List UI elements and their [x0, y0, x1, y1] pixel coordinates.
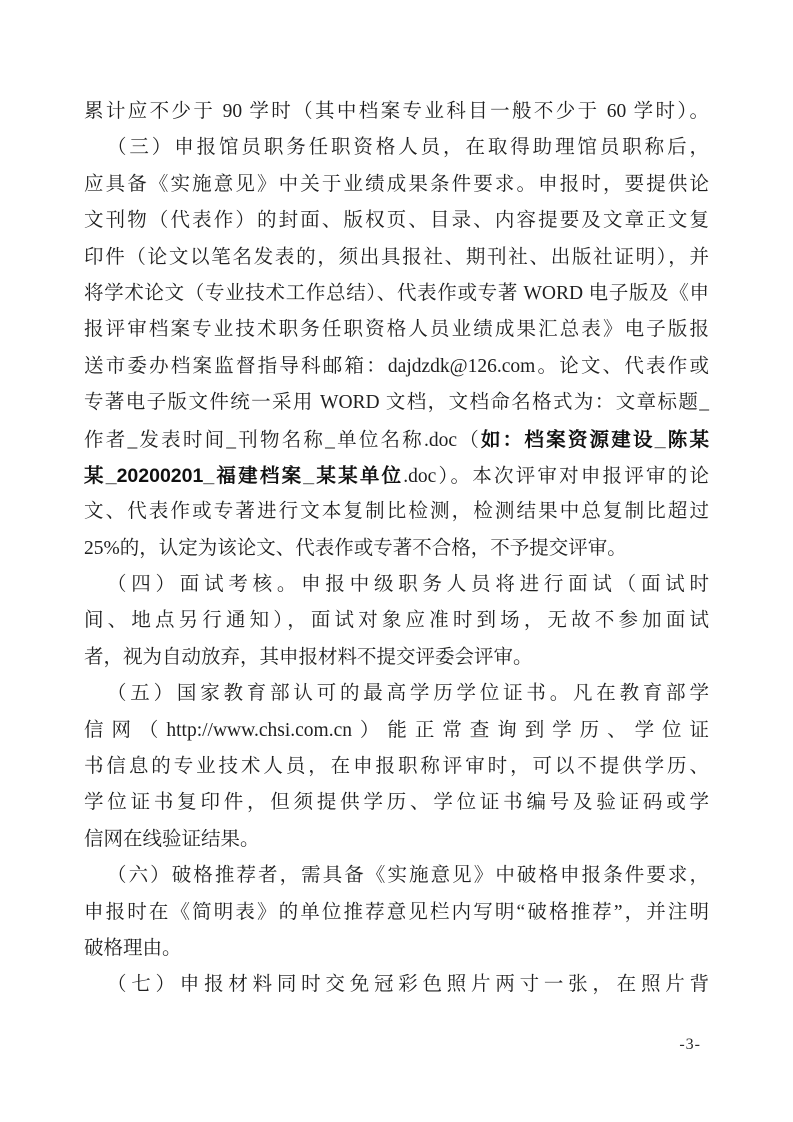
- text-line: 申报时在《简明表》的单位推荐意见栏内写明“破格推荐”，并注明: [84, 895, 709, 931]
- page-number: -3-: [679, 1036, 701, 1054]
- text-line: 学位证书复印件，但须提供学历、学位证书编号及验证码或学: [84, 785, 709, 821]
- text-line: 专著电子版文件统一采用 WORD 文档，文档命名格式为：文章标题_: [84, 385, 709, 421]
- text-line: 累计应不少于 90 学时（其中档案专业科目一般不少于 60 学时）。: [84, 94, 709, 130]
- text-line: 将学术论文（专业技术工作总结）、代表作或专著 WORD 电子版及《申: [84, 276, 709, 312]
- text-line-paragraph-end: 25%的，认定为该论文、代表作或专著不合格，不予提交评审。: [84, 531, 709, 567]
- text-line-email: 送市委办档案监督指导科邮箱：dajdzdk@126.com。论文、代表作或: [84, 349, 709, 385]
- text-line: 应具备《实施意见》中关于业绩成果条件要求。申报时，要提供论: [84, 167, 709, 203]
- text-line-paragraph-end: 破格理由。: [84, 931, 709, 967]
- filename-example-bold: 如：档案资源建设_陈某: [481, 429, 709, 451]
- text-line-url: 信网（http://www.chsi.com.cn）能正常查询到学历、学位证: [84, 713, 709, 749]
- body-text: .doc）。本次评审对申报评审的论: [403, 466, 709, 487]
- text-line-section-4-start: （四）面试考核。申报中级职务人员将进行面试（面试时: [84, 567, 709, 603]
- text-line: 间、地点另行通知），面试对象应准时到场，无故不参加面试: [84, 603, 709, 639]
- document-body-text: 累计应不少于 90 学时（其中档案专业科目一般不少于 60 学时）。 （三）申报…: [84, 94, 709, 1004]
- text-line: 报评审档案专业技术职务任职资格人员业绩成果汇总表》电子版报: [84, 312, 709, 348]
- text-line-section-6-start: （六）破格推荐者，需具备《实施意见》中破格申报条件要求，: [84, 858, 709, 894]
- text-line: 文、代表作或专著进行文本复制比检测，检测结果中总复制比超过: [84, 494, 709, 530]
- text-line-section-3-start: （三）申报馆员职务任职资格人员，在取得助理馆员职称后，: [84, 130, 709, 166]
- text-line-paragraph-end: 信网在线验证结果。: [84, 822, 709, 858]
- text-line: 作者_发表时间_刊物名称_单位名称.doc（如：档案资源建设_陈某: [84, 422, 709, 458]
- text-line: 某_20200201_福建档案_某某单位.doc）。本次评审对申报评审的论: [84, 458, 709, 494]
- text-line: 文刊物（代表作）的封面、版权页、目录、内容提要及文章正文复: [84, 203, 709, 239]
- text-line-section-5-start: （五）国家教育部认可的最高学历学位证书。凡在教育部学: [84, 676, 709, 712]
- text-line: 书信息的专业技术人员，在申报职称评审时，可以不提供学历、: [84, 749, 709, 785]
- document-page: 累计应不少于 90 学时（其中档案专业科目一般不少于 60 学时）。 （三）申报…: [0, 0, 793, 1122]
- filename-format-text: 作者_发表时间_刊物名称_单位名称.doc（: [84, 430, 481, 451]
- text-line-paragraph-end: 者，视为自动放弃，其申报材料不提交评委会评审。: [84, 640, 709, 676]
- text-line-section-7-start: （七）申报材料同时交免冠彩色照片两寸一张，在照片背: [84, 967, 709, 1003]
- text-line: 印件（论文以笔名发表的，须出具报社、期刊社、出版社证明），并: [84, 240, 709, 276]
- filename-example-bold: 某_20200201_福建档案_某某单位: [84, 465, 403, 487]
